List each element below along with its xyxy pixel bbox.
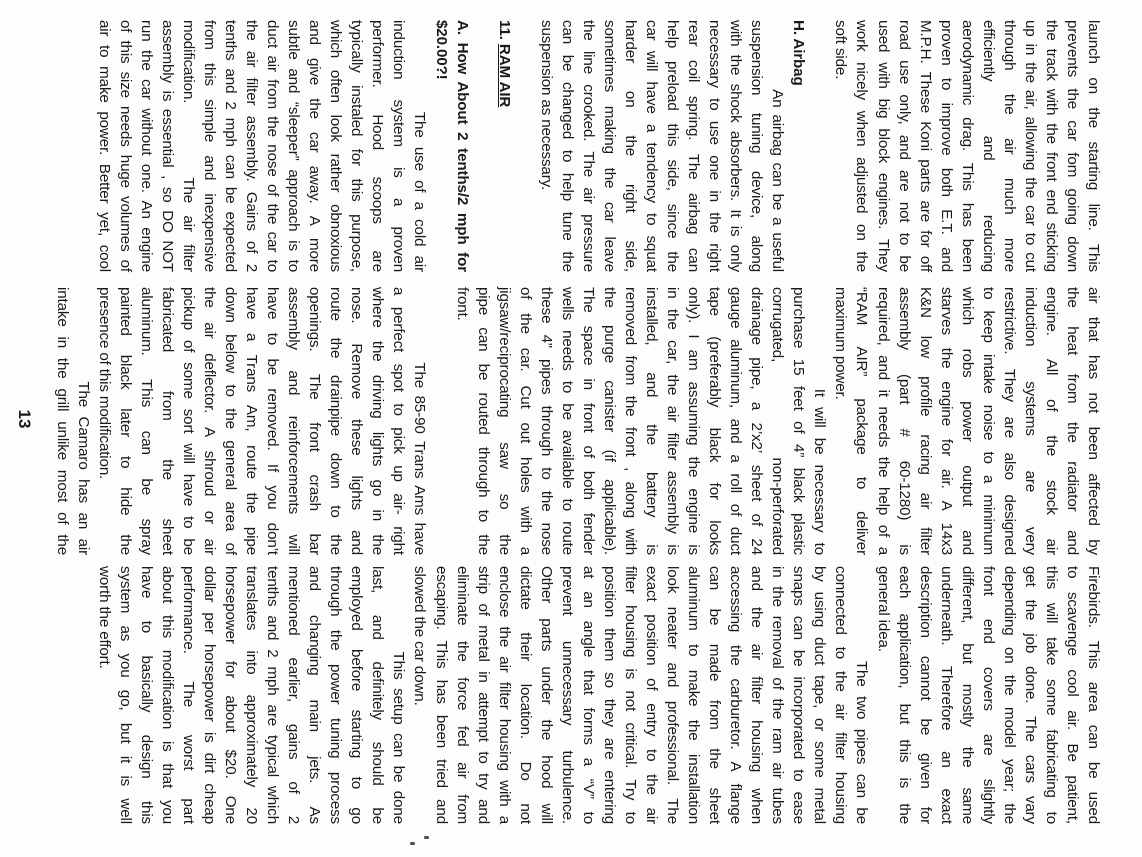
text-line: openings. The front crash bar — [304, 287, 325, 555]
text-line: car will have a tendency to squat — [641, 20, 662, 272]
text-line: aerodynamic drag. This has been — [957, 20, 978, 272]
text-line: The 85-90 Trans Ams have — [409, 287, 430, 555]
section-heading: 11. RAM AIR — [494, 20, 515, 272]
text-line: to keep intake noise to a minimum — [978, 287, 999, 555]
text-line: get the job done. The cars vary — [1020, 566, 1041, 824]
text-line: purchase 15 feet of 4” black plastic — [788, 287, 809, 555]
text-line: subtle and “sleeper” approach is to — [283, 20, 304, 272]
text-line: installed, and the battery is — [641, 287, 662, 555]
text-line: pipe can be routed through to the — [473, 287, 494, 555]
text-line: aluminum to make the installation — [683, 566, 704, 824]
text-line: have to basically design this — [136, 566, 157, 824]
text-line: escaping. This has been tried and — [431, 566, 452, 824]
blank-line — [809, 20, 830, 272]
text-line: route the drainpipe down to the — [325, 287, 346, 555]
text-line: worth the effort. — [94, 566, 115, 824]
text-line: jigsaw/reciprocating saw so the — [494, 287, 515, 555]
text-line: about this modification is that you — [157, 566, 178, 824]
text-line: only). I am assuming the engine is — [683, 287, 704, 555]
text-line: to scavenge cool air. Be patient, — [1062, 566, 1083, 824]
text-line: which robs power output and — [957, 287, 978, 555]
text-line: performer. Hood scoops are — [367, 20, 388, 272]
text-line: painted black later to hide the — [115, 287, 136, 555]
text-line: fabricated from the sheet — [157, 287, 178, 555]
text-line: of the car. Cut out holes with a — [515, 287, 536, 555]
text-line: different, but mostly the same — [957, 566, 978, 824]
scan-speck — [410, 842, 415, 845]
text-line: This setup can be done — [388, 566, 409, 824]
text-line: suspension tuning device, along — [746, 20, 767, 272]
text-line: performance. The worst part — [178, 566, 199, 824]
text-line: the air deflector. A shroud or air — [199, 287, 220, 555]
text-line: help preload this side, since the — [662, 20, 683, 272]
text-column-3: Firebirds. This area can be usedto scave… — [94, 566, 1104, 824]
text-line: horsepower for about $20. One — [220, 566, 241, 824]
text-line: modification. The air filter — [178, 20, 199, 272]
text-line: exact position of entry to the air — [641, 566, 662, 824]
text-line: these 4” pipes through to the nose — [536, 287, 557, 555]
text-line: the line crooked. The air pressure — [578, 20, 599, 272]
text-line: drainage pipe, a 2’x2’ sheet of 24 — [746, 287, 767, 555]
text-column-1: launch on the starting line. Thisprevent… — [94, 20, 1104, 272]
text-line: of this size needs huge volumes of — [115, 20, 136, 272]
text-line: air that has not been affected by — [1083, 287, 1104, 555]
text-line: general idea. — [872, 566, 893, 824]
text-line: the purge canister (if applicable). — [599, 287, 620, 555]
text-line: efficiently and reducing — [978, 20, 999, 272]
text-line: position them so they are entering — [599, 566, 620, 824]
text-line: depending on the model year; the — [999, 566, 1020, 824]
text-line: assembly and reinforcements will — [283, 287, 304, 555]
text-line: typically instaled for this purpose, — [346, 20, 367, 272]
text-line: launch on the starting line. This — [1083, 20, 1104, 272]
text-line: have a Trans Am, route the pipe — [241, 287, 262, 555]
text-line: with the shock absorbers. It is only — [725, 20, 746, 272]
text-line: the air filter assembly. Gains of 2 — [241, 20, 262, 272]
text-line: The space in front of both fender — [578, 287, 599, 555]
text-line: look neater and professional. The — [662, 566, 683, 824]
text-line: prevents the car fom going down — [1062, 20, 1083, 272]
text-line: accessing the carburetor. A flange — [725, 566, 746, 824]
text-line: sometimes making the car leave — [599, 20, 620, 272]
text-column-2: air that has not been affected bythe hea… — [52, 287, 1104, 555]
text-line: maximum power. — [830, 287, 851, 555]
text-line: underneath. Therefore an exact — [936, 566, 957, 824]
text-line: last, and definitely should be — [367, 566, 388, 824]
text-line: the track with the front end sticking — [1041, 20, 1062, 272]
text-line: M.P.H. These Koni parts are for off — [915, 20, 936, 272]
text-line: prevent unnecessary turbulence. — [557, 566, 578, 824]
text-line: system as you go, but it is well — [115, 566, 136, 824]
text-line: a perfect spot to pick up air- right — [388, 287, 409, 555]
section-heading: A. How About 2 tenths/2 mph for — [452, 20, 473, 272]
text-line: used with big block engines. They — [872, 20, 893, 272]
text-line: Other parts under the hood will — [536, 566, 557, 824]
text-line: assembly is essential , so DO NOT — [157, 20, 178, 272]
text-line: tenths and 2 mph can be expected — [220, 20, 241, 272]
text-line: air to make power. Better yet, cool — [94, 20, 115, 272]
text-line: rear coil spring. The airbag can — [683, 20, 704, 272]
section-heading: $20.00?! — [431, 20, 452, 272]
text-line: eliminate the force fed air from — [452, 566, 473, 824]
text-line: mentioned earlier, gains of 2 — [283, 566, 304, 824]
text-line: nose. Remove these lights and — [346, 287, 367, 555]
text-line: can be changed to help tune the — [557, 20, 578, 272]
text-line: “RAM AIR” package to deliver — [851, 287, 872, 555]
text-line: presence of this modification. — [94, 287, 115, 555]
text-line: this will take some fabricating to — [1041, 566, 1062, 824]
text-line: pickup of some sort will have to be — [178, 287, 199, 555]
text-line: wells needs to be available to route — [557, 287, 578, 555]
text-line: filter housing is not critical. Try to — [620, 566, 641, 824]
text-line: duct air from the nose of the car to — [262, 20, 283, 272]
text-line: An airbag can be a useful — [767, 20, 788, 272]
text-line: in the car, the air filter assembly is — [662, 287, 683, 555]
text-line: starves the engine for air. A 14x3 — [936, 287, 957, 555]
text-line: tenths and 2 mph are typical which — [262, 566, 283, 824]
text-line: description cannot be given for — [915, 566, 936, 824]
text-line: enclose the air filter housing with a — [494, 566, 515, 824]
text-line: removed from the front , along with — [620, 287, 641, 555]
text-line: where the driving lights go in the — [367, 287, 388, 555]
page-number: 13 — [14, 404, 34, 434]
text-line: Firebirds. This area can be used — [1083, 566, 1104, 824]
text-line: snaps can be incorporated to ease — [788, 566, 809, 824]
text-line: and the air filter housing when — [746, 566, 767, 824]
text-line: The Camaro has an air — [73, 287, 94, 555]
text-line: the heat from the radiator and — [1062, 287, 1083, 555]
text-line: work nicely when adjusted on the — [851, 20, 872, 272]
text-line: which often look rather obnoxious — [325, 20, 346, 272]
text-line: run the car without one. An engine — [136, 20, 157, 272]
text-line: have to be removed. If you don’t — [262, 287, 283, 555]
text-line: slowed the car down. — [409, 566, 430, 824]
text-line: required, and it needs the help of a — [872, 287, 893, 555]
text-line: by using duct tape, or some metal — [809, 566, 830, 824]
text-line: The two pipes can be — [851, 566, 872, 824]
text-line: and changing main jets. As — [304, 566, 325, 824]
text-line: and give the car away. A more — [304, 20, 325, 272]
text-line: induction system is a proven — [388, 20, 409, 272]
text-line: gauge aluminum, and a roll of duct — [725, 287, 746, 555]
text-line: front. — [452, 287, 473, 555]
text-line: restrictive. They are also designed — [999, 287, 1020, 555]
text-line: road use only, and are not to be — [894, 20, 915, 272]
text-line: engine. All of the stock air — [1041, 287, 1062, 555]
text-line: through the air much more — [999, 20, 1020, 272]
scan-speck — [424, 836, 429, 839]
text-line: harder on the right side, — [620, 20, 641, 272]
text-line: intake in the grill unlike most of the — [52, 287, 73, 555]
text-line: front end covers are slightly — [978, 566, 999, 824]
section-heading: H. Airbag — [788, 20, 809, 272]
text-line: assembly (part # 60-1280) is — [894, 287, 915, 555]
text-line: induction systems are very — [1020, 287, 1041, 555]
text-line: from this simple and inexpensive — [199, 20, 220, 272]
text-line: down below to the general area of — [220, 287, 241, 555]
text-line: strip of metal in attempt to try and — [473, 566, 494, 824]
rotated-document-page: launch on the starting line. Thisprevent… — [0, 0, 1142, 857]
text-line: corrugated, non-perforated — [767, 287, 788, 555]
blank-line — [515, 20, 536, 272]
text-line: at an angle that forms a “V” to — [578, 566, 599, 824]
text-line: dollar per horsepower is dirt cheap — [199, 566, 220, 824]
text-line: necessary to use one in the right — [704, 20, 725, 272]
text-line: The use of a cold air — [409, 20, 430, 272]
text-line: through the power tuning process — [325, 566, 346, 824]
text-line: proven to improve both E.T. and — [936, 20, 957, 272]
text-line: K&N low profile racing air filter — [915, 287, 936, 555]
text-line: up in the air, allowing the car to cut — [1020, 20, 1041, 272]
text-line: soft side. — [830, 20, 851, 272]
text-line: can be made from the sheet — [704, 566, 725, 824]
text-line: employed before starting to go — [346, 566, 367, 824]
blank-line — [431, 287, 452, 555]
text-line: dictate their location. Do not — [515, 566, 536, 824]
text-line: aluminum. This can be spray — [136, 287, 157, 555]
text-line: in the removal of the ram air tubes — [767, 566, 788, 824]
text-line: suspension as necessary. — [536, 20, 557, 272]
blank-line — [473, 20, 494, 272]
text-line: tape (preferably black for looks — [704, 287, 725, 555]
text-line: translates into approximately 20 — [241, 566, 262, 824]
text-line: each application, but this is the — [894, 566, 915, 824]
text-line: connected to the air filter housing — [830, 566, 851, 824]
text-line: It will be necessary to — [809, 287, 830, 555]
